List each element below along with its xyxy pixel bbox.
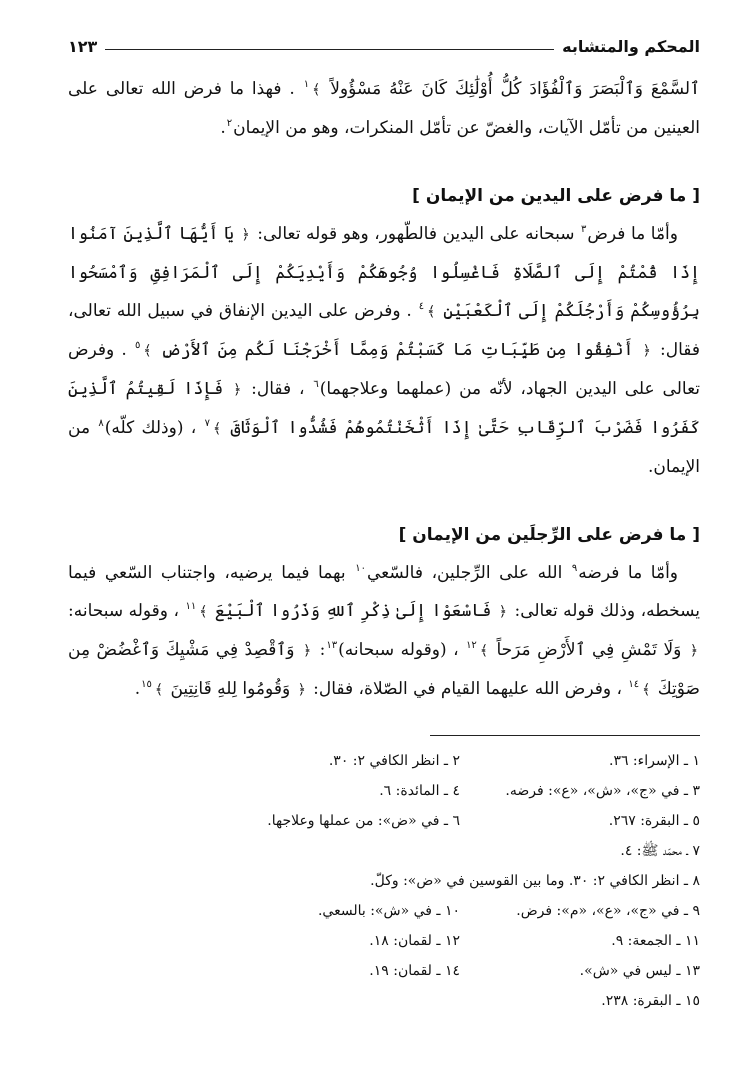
ornate-bracket-close-icon: ﴾ [211, 421, 223, 437]
footnote-item: ١٢ ـ لقمان: ١٨. [220, 926, 460, 956]
ornate-bracket-open-icon: ﴿ [231, 382, 243, 398]
paragraph-text: سبحانه على اليدين فالطّهور، وهو قوله تعا… [257, 224, 574, 244]
ornate-bracket-close-icon: ﴾ [425, 304, 437, 320]
footnote-item: ٤ ـ المائدة: ٦. [220, 776, 460, 806]
footnote-ref[interactable]: ٧ [204, 418, 211, 429]
punctuation: . [220, 118, 225, 138]
paragraph-hands: وأمّا ما فرض٣ سبحانه على اليدين فالطّهور… [68, 215, 700, 486]
paragraph-text: الله على الرِّجلين، فالسّعي [367, 563, 562, 583]
paragraph-text: ، وقوله سبحانه: [68, 601, 179, 621]
footnote-ref[interactable]: ١٥ [140, 679, 153, 690]
footnote-ref[interactable]: ٨ [97, 418, 104, 429]
ornate-bracket-close-icon: ﴾ [197, 604, 209, 620]
paragraph-text: ، (وقوله سبحانه) [338, 640, 458, 660]
footnote-ref[interactable]: ١٣ [325, 640, 338, 651]
quran-verse: وَلَا تَمْشِ فِي ٱلأَرْضِ مَرَحاً [496, 640, 681, 660]
ornate-bracket-open-icon: ﴿ [641, 343, 653, 359]
ornate-bracket-close-icon: ﴾ [640, 682, 652, 698]
footnote-row: ٧ ـ محمّد ﷺ: ٤. [68, 836, 700, 866]
ornate-bracket-close-icon: ﴾ [153, 682, 165, 698]
quran-verse: وَقُومُوا لِلهِ قَانِتِينَ [170, 679, 290, 699]
footnote-row: ١ ـ الإسراء: ٣٦. ٢ ـ انظر الكافي ٢: ٣٠. [68, 746, 700, 776]
footnote-item: ١٥ ـ البقرة: ٢٣٨. [601, 986, 700, 1016]
paragraph-text: وأمّا ما فرضه [578, 563, 678, 583]
ornate-bracket-open-icon: ﴿ [301, 643, 313, 659]
spacer [68, 486, 700, 516]
footnote-row: ١٣ ـ ليس في «ش». ١٤ ـ لقمان: ١٩. [68, 956, 700, 986]
paragraph-text: ، (وذلك كلّه) [105, 418, 197, 438]
ornate-bracket-close-icon: ﴾ [141, 343, 153, 359]
ornate-bracket-open-icon: ﴿ [240, 227, 252, 243]
paragraph-text: وأمّا ما فرض [587, 224, 678, 244]
ornate-bracket-open-icon: ﴿ [497, 604, 509, 620]
footnote-row: ٩ ـ في «ج»، «ع»، «م»: فرض. ١٠ ـ في «ش»: … [68, 896, 700, 926]
running-head: المحكم والمتشابه ١٢٣ [68, 26, 700, 56]
book-page: المحكم والمتشابه ١٢٣ ٱلسَّمْعَ وَٱلْبَصَ… [68, 26, 700, 1016]
footnote-row: ٣ ـ في «ج»، «ش»، «ع»: فرضه. ٤ ـ المائدة:… [68, 776, 700, 806]
footnote-item: ٢ ـ انظر الكافي ٢: ٣٠. [220, 746, 460, 776]
footnote-ref[interactable]: ٦ [312, 379, 319, 390]
footnote-separator [430, 735, 700, 736]
footnote-row: ٥ ـ البقرة: ٢٦٧. ٦ ـ في «ض»: من عملها وع… [68, 806, 700, 836]
footnote-row: ١٥ ـ البقرة: ٢٣٨. [68, 986, 700, 1016]
spacer [68, 147, 700, 177]
paragraph-text: ، وفرض الله عليهما القيام في الصّلاة، فق… [313, 679, 622, 699]
running-head-rule [105, 49, 554, 50]
footnotes: ١ ـ الإسراء: ٣٦. ٢ ـ انظر الكافي ٢: ٣٠. … [68, 746, 700, 1016]
footnote-item: ١٠ ـ في «ش»: بالسعي. [220, 896, 460, 926]
footnote-ref[interactable]: ١ [303, 79, 310, 90]
footnote-ref[interactable]: ١٠ [354, 563, 367, 574]
paragraph-feet: وأمّا ما فرضه٩ الله على الرِّجلين، فالسّ… [68, 554, 700, 709]
footnote-item: ٦ ـ في «ض»: من عملها وعلاجها. [220, 806, 460, 836]
ornate-bracket-close-icon: ﴾ [310, 82, 322, 98]
footnote-row: ١١ ـ الجمعة: ٩. ١٢ ـ لقمان: ١٨. [68, 926, 700, 956]
footnote-ref[interactable]: ١٢ [465, 640, 478, 651]
ornate-bracket-close-icon: ﴾ [478, 643, 490, 659]
section-heading-feet: [ ما فرض على الرِّجلَين من الإيمان ] [68, 516, 700, 554]
footnote-item: ١١ ـ الجمعة: ٩. [460, 926, 700, 956]
footnote-item: ١٣ ـ ليس في «ش». [460, 956, 700, 986]
ornate-bracket-open-icon: ﴿ [296, 682, 308, 698]
footnote-item: ٣ ـ في «ج»، «ش»، «ع»: فرضه. [460, 776, 700, 806]
paragraph-text: ، فقال: [251, 379, 304, 399]
footnote-ref[interactable]: ١٤ [627, 679, 640, 690]
footnote-ref[interactable]: ١١ [184, 601, 197, 612]
footnote-item: ٧ ـ محمّد ﷺ: ٤. [620, 836, 700, 866]
footnote-item: ٨ ـ انظر الكافي ٢: ٣٠. وما بين القوسين ف… [370, 866, 700, 896]
main-text: ٱلسَّمْعَ وَٱلْبَصَرَ وَٱلْفُؤَادَ كُلُّ… [68, 70, 700, 709]
footnote-item: ٥ ـ البقرة: ٢٦٧. [460, 806, 700, 836]
quran-verse: أَنْفِقُوا مِن طَيِّبَاتِ مَا كَسَبْتُمْ… [161, 340, 634, 360]
footnote-item: ٩ ـ في «ج»، «ع»، «م»: فرض. [460, 896, 700, 926]
quran-verse: ٱلسَّمْعَ وَٱلْبَصَرَ وَٱلْفُؤَادَ كُلُّ… [330, 79, 700, 99]
footnote-item: ١ ـ الإسراء: ٣٦. [460, 746, 700, 776]
section-heading-hands: [ ما فرض على اليدين من الإيمان ] [68, 177, 700, 215]
ornate-bracket-open-icon: ﴿ [688, 643, 700, 659]
paragraph-eyes: ٱلسَّمْعَ وَٱلْبَصَرَ وَٱلْفُؤَادَ كُلُّ… [68, 70, 700, 147]
quran-verse: فَاسْعَوْا إِلَىٰ ذِكْرِ ٱللهِ وَذَرُوا … [215, 601, 491, 621]
footnote-row: ٨ ـ انظر الكافي ٢: ٣٠. وما بين القوسين ف… [68, 866, 700, 896]
footnote-item: ١٤ ـ لقمان: ١٩. [220, 956, 460, 986]
page-number: ١٢٣ [68, 37, 97, 56]
running-head-title: المحكم والمتشابه [562, 37, 700, 56]
